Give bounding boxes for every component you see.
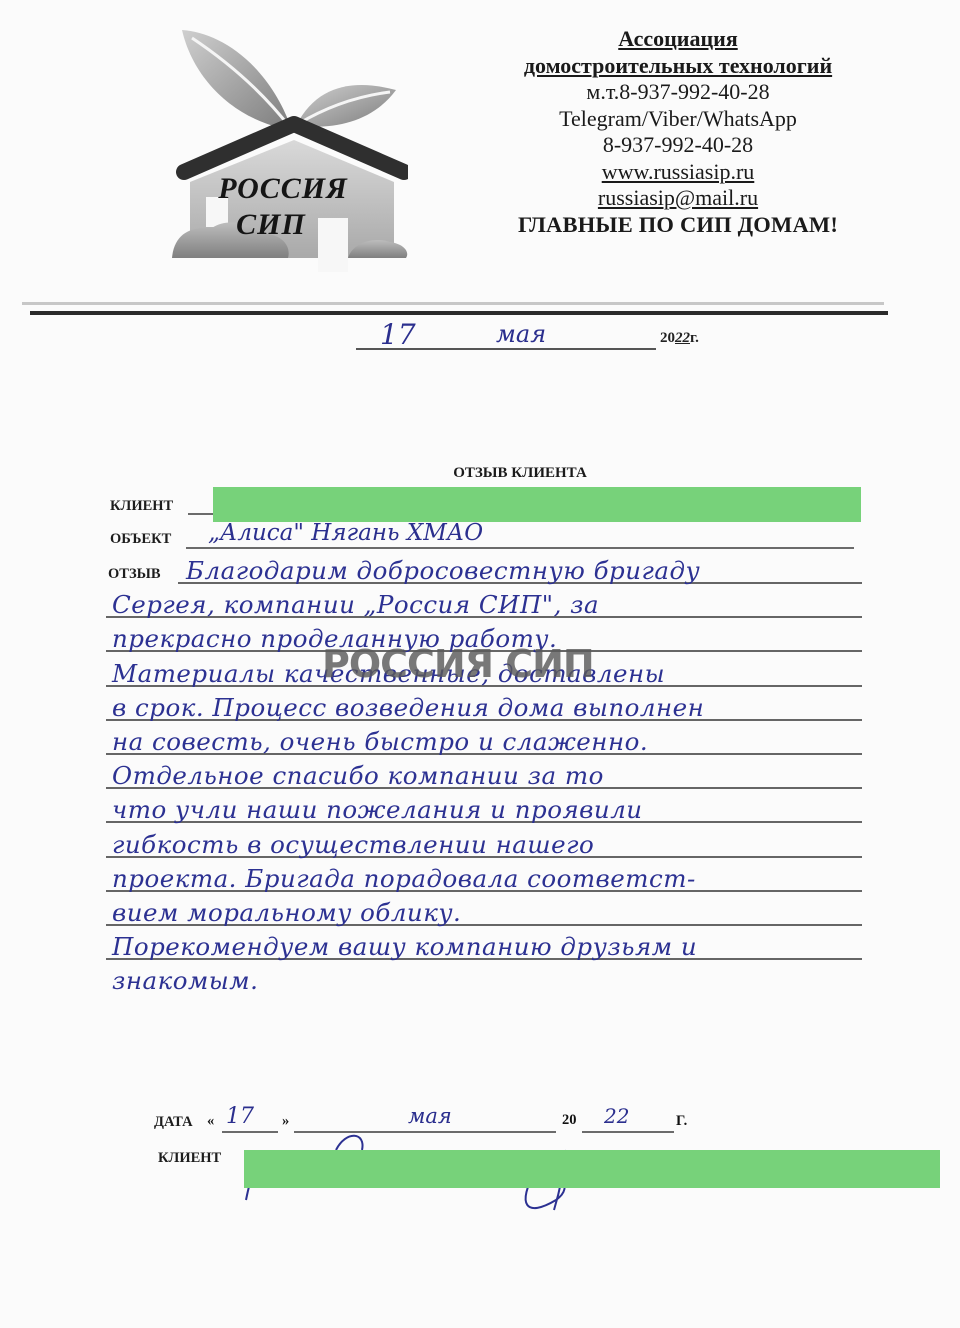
email-link[interactable]: russiasip@mail.ru <box>478 185 878 212</box>
form-title: ОТЗЫВ КЛИЕНТА <box>0 465 960 482</box>
top-year-prefix: 20 <box>660 330 675 346</box>
messengers-line: Telegram/Viber/WhatsApp <box>478 106 878 133</box>
top-date-day: 17 <box>380 318 416 351</box>
watermark: РОССИЯ СИП <box>322 642 594 686</box>
client-redaction <box>213 487 861 522</box>
review-line: знакомым. <box>112 966 258 995</box>
top-date-year: 2022г. <box>660 330 699 347</box>
website-link[interactable]: www.russiasip.ru <box>478 159 878 186</box>
review-line: проекта. Бригада порадовала соответст- <box>112 864 696 893</box>
top-year-suffix: 22 <box>675 330 690 346</box>
header-contacts: Ассоциация домостроительных технологий м… <box>478 26 878 238</box>
slogan: ГЛАВНЫЕ ПО СИП ДОМАМ! <box>478 212 878 239</box>
top-year-end: г. <box>690 330 699 346</box>
logo-text-line2: СИП <box>156 208 386 242</box>
review-label: ОТЗЫВ <box>108 566 161 583</box>
org-name-line1: Ассоциация <box>478 26 878 53</box>
review-line: на совесть, очень быстро и слаженно. <box>112 727 648 756</box>
review-line: вием моральному облику. <box>112 898 461 927</box>
footer-date-label: ДАТА <box>154 1114 193 1131</box>
footer-client-label: КЛИЕНТ <box>158 1150 221 1167</box>
footer-client-redaction <box>244 1150 940 1188</box>
header-divider-thin <box>22 302 884 305</box>
review-line: Отдельное спасибо компании за то <box>112 761 604 790</box>
footer-open-quote: « <box>207 1113 214 1130</box>
client-label: КЛИЕНТ <box>110 498 173 515</box>
object-label: ОБЪЕКТ <box>110 531 171 548</box>
logo-text-line1: РОССИЯ <box>168 172 398 206</box>
top-date-month: мая <box>496 320 546 348</box>
review-line: гибкость в осуществлении нашего <box>112 830 594 859</box>
footer-year-end: Г. <box>676 1113 687 1130</box>
object-value: „Алиса" Нягань ХМАО <box>208 520 483 546</box>
review-line: Порекомендуем вашу компанию друзьям и <box>112 932 697 961</box>
object-field-line <box>186 547 854 549</box>
company-logo: РОССИЯ СИП <box>168 22 408 272</box>
org-name-line2: домостроительных технологий <box>478 53 878 80</box>
review-line: что учли наши пожелания и проявили <box>112 795 643 824</box>
review-line: в срок. Процесс возведения дома выполнен <box>112 693 704 722</box>
review-line: Благодарим добросовестную бригаду <box>186 556 700 585</box>
review-line: Сергея, компании „Россия СИП", за <box>112 590 599 619</box>
phone2-line: 8-937-992-40-28 <box>478 132 878 159</box>
phone-line: м.т.8-937-992-40-28 <box>478 79 878 106</box>
header-divider-thick <box>30 311 888 315</box>
